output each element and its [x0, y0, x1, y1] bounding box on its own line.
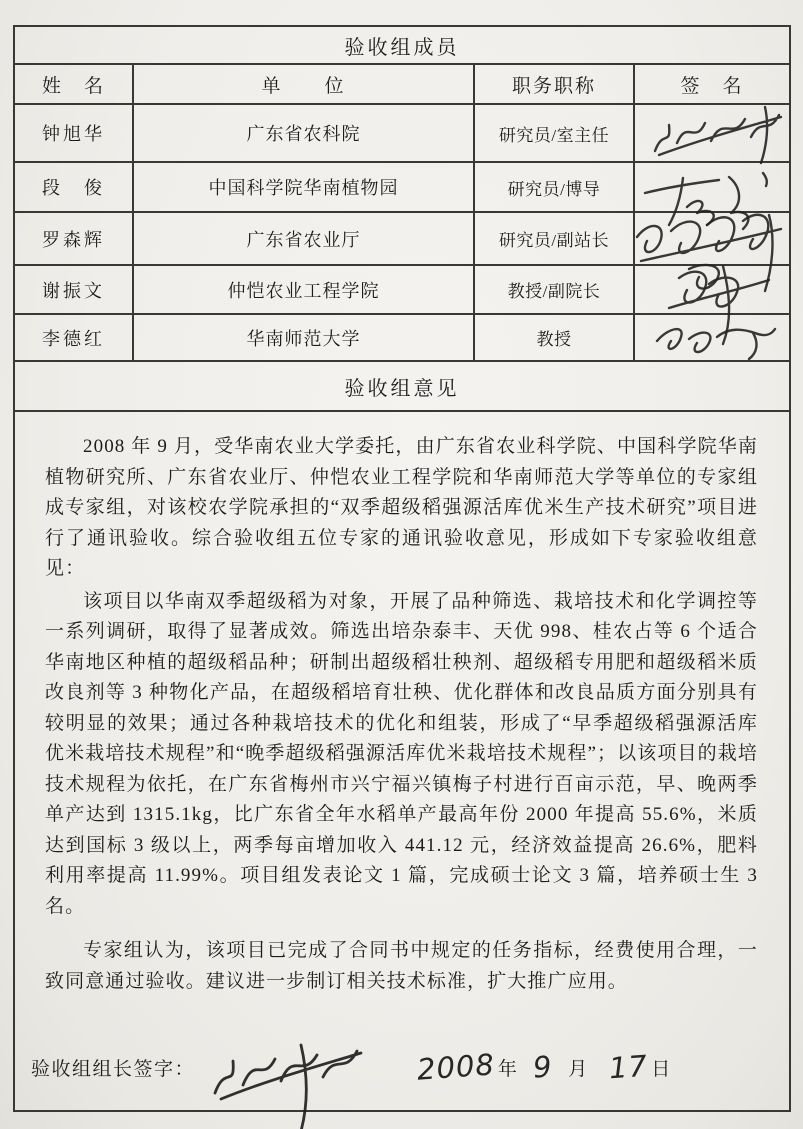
footer-line: 验收组组长签字： 2008 年 9 月 17 日 [31, 1028, 769, 1106]
signature-cell [635, 105, 789, 161]
member-name: 谢振文 [15, 266, 134, 313]
date-month-handwritten: 9 [532, 1049, 554, 1084]
leader-signature-ink [203, 1035, 371, 1113]
date-year-handwritten: 2008 [416, 1047, 496, 1086]
opinion-paragraph-1: 2008 年 9 月，受华南农业大学委托，由广东省农业科学院、中国科学院华南植物… [45, 432, 758, 585]
member-unit: 仲恺农业工程学院 [134, 266, 475, 313]
member-title: 教授/副院长 [475, 266, 635, 313]
member-row: 钟旭华 广东省农科院 研究员/室主任 [15, 105, 789, 163]
date-day-suffix: 日 [651, 1054, 670, 1081]
member-unit: 广东省农科院 [134, 105, 475, 161]
opinion-paragraph-3: 专家组认为，该项目已完成了合同书中规定的任务指标，经费使用合理，一致同意通过验收… [45, 936, 758, 997]
opinion-row: 2008 年 9 月，受华南农业大学委托，由广东省农业科学院、中国科学院华南植物… [15, 412, 789, 1110]
leader-sign-label: 验收组组长签字： [31, 1054, 195, 1081]
member-unit: 中国科学院华南植物园 [134, 163, 475, 211]
date-month-suffix: 月 [568, 1054, 587, 1081]
member-name: 钟旭华 [15, 105, 134, 161]
scanned-document-page: 验收组成员 姓 名 单 位 职务职称 签 名 钟旭华 广东省农科院 研究员/室主… [0, 0, 803, 1129]
col-header-name: 姓 名 [15, 65, 134, 103]
member-name: 罗森辉 [15, 213, 134, 264]
signature-cell [635, 213, 789, 264]
acceptance-form-table: 验收组成员 姓 名 单 位 职务职称 签 名 钟旭华 广东省农科院 研究员/室主… [13, 25, 791, 1112]
signature-ink-zhongxuhua [643, 99, 789, 171]
member-title: 研究员/室主任 [475, 105, 635, 161]
member-title: 研究员/博导 [475, 163, 635, 211]
col-header-sign: 签 名 [635, 65, 789, 103]
members-title-row: 验收组成员 [15, 27, 789, 65]
signature-ink-lidehong [643, 311, 781, 369]
col-header-title: 职务职称 [475, 65, 635, 103]
col-header-unit: 单 位 [134, 65, 475, 103]
member-unit: 广东省农业厅 [134, 213, 475, 264]
opinion-paragraph-2: 该项目以华南双季超级稻为对象，开展了品种筛选、栽培技术和化学调控等一系列调研，取… [45, 587, 758, 923]
opinion-title: 验收组意见 [15, 362, 789, 410]
date-year-suffix: 年 [498, 1054, 517, 1081]
member-unit: 华南师范大学 [134, 315, 475, 360]
member-row: 段 俊 中国科学院华南植物园 研究员/博导 [15, 163, 789, 213]
signature-cell [635, 266, 789, 313]
date-day-handwritten: 17 [608, 1049, 649, 1086]
members-title: 验收组成员 [15, 27, 789, 63]
member-title: 教授 [475, 315, 635, 360]
date-line: 2008 年 9 月 17 日 [417, 1050, 670, 1084]
opinion-title-row: 验收组意见 [15, 362, 789, 412]
member-row: 李德红 华南师范大学 教授 [15, 315, 789, 362]
signature-cell [635, 315, 789, 360]
member-name: 李德红 [15, 315, 134, 360]
opinion-cell: 2008 年 9 月，受华南农业大学委托，由广东省农业科学院、中国科学院华南植物… [15, 412, 789, 1110]
member-row: 罗森辉 广东省农业厅 研究员/副站长 [15, 213, 789, 266]
member-name: 段 俊 [15, 163, 134, 211]
members-header-row: 姓 名 单 位 职务职称 签 名 [15, 65, 789, 105]
member-title: 研究员/副站长 [475, 213, 635, 264]
signature-cell [635, 163, 789, 211]
member-row: 谢振文 仲恺农业工程学院 教授/副院长 [15, 266, 789, 315]
